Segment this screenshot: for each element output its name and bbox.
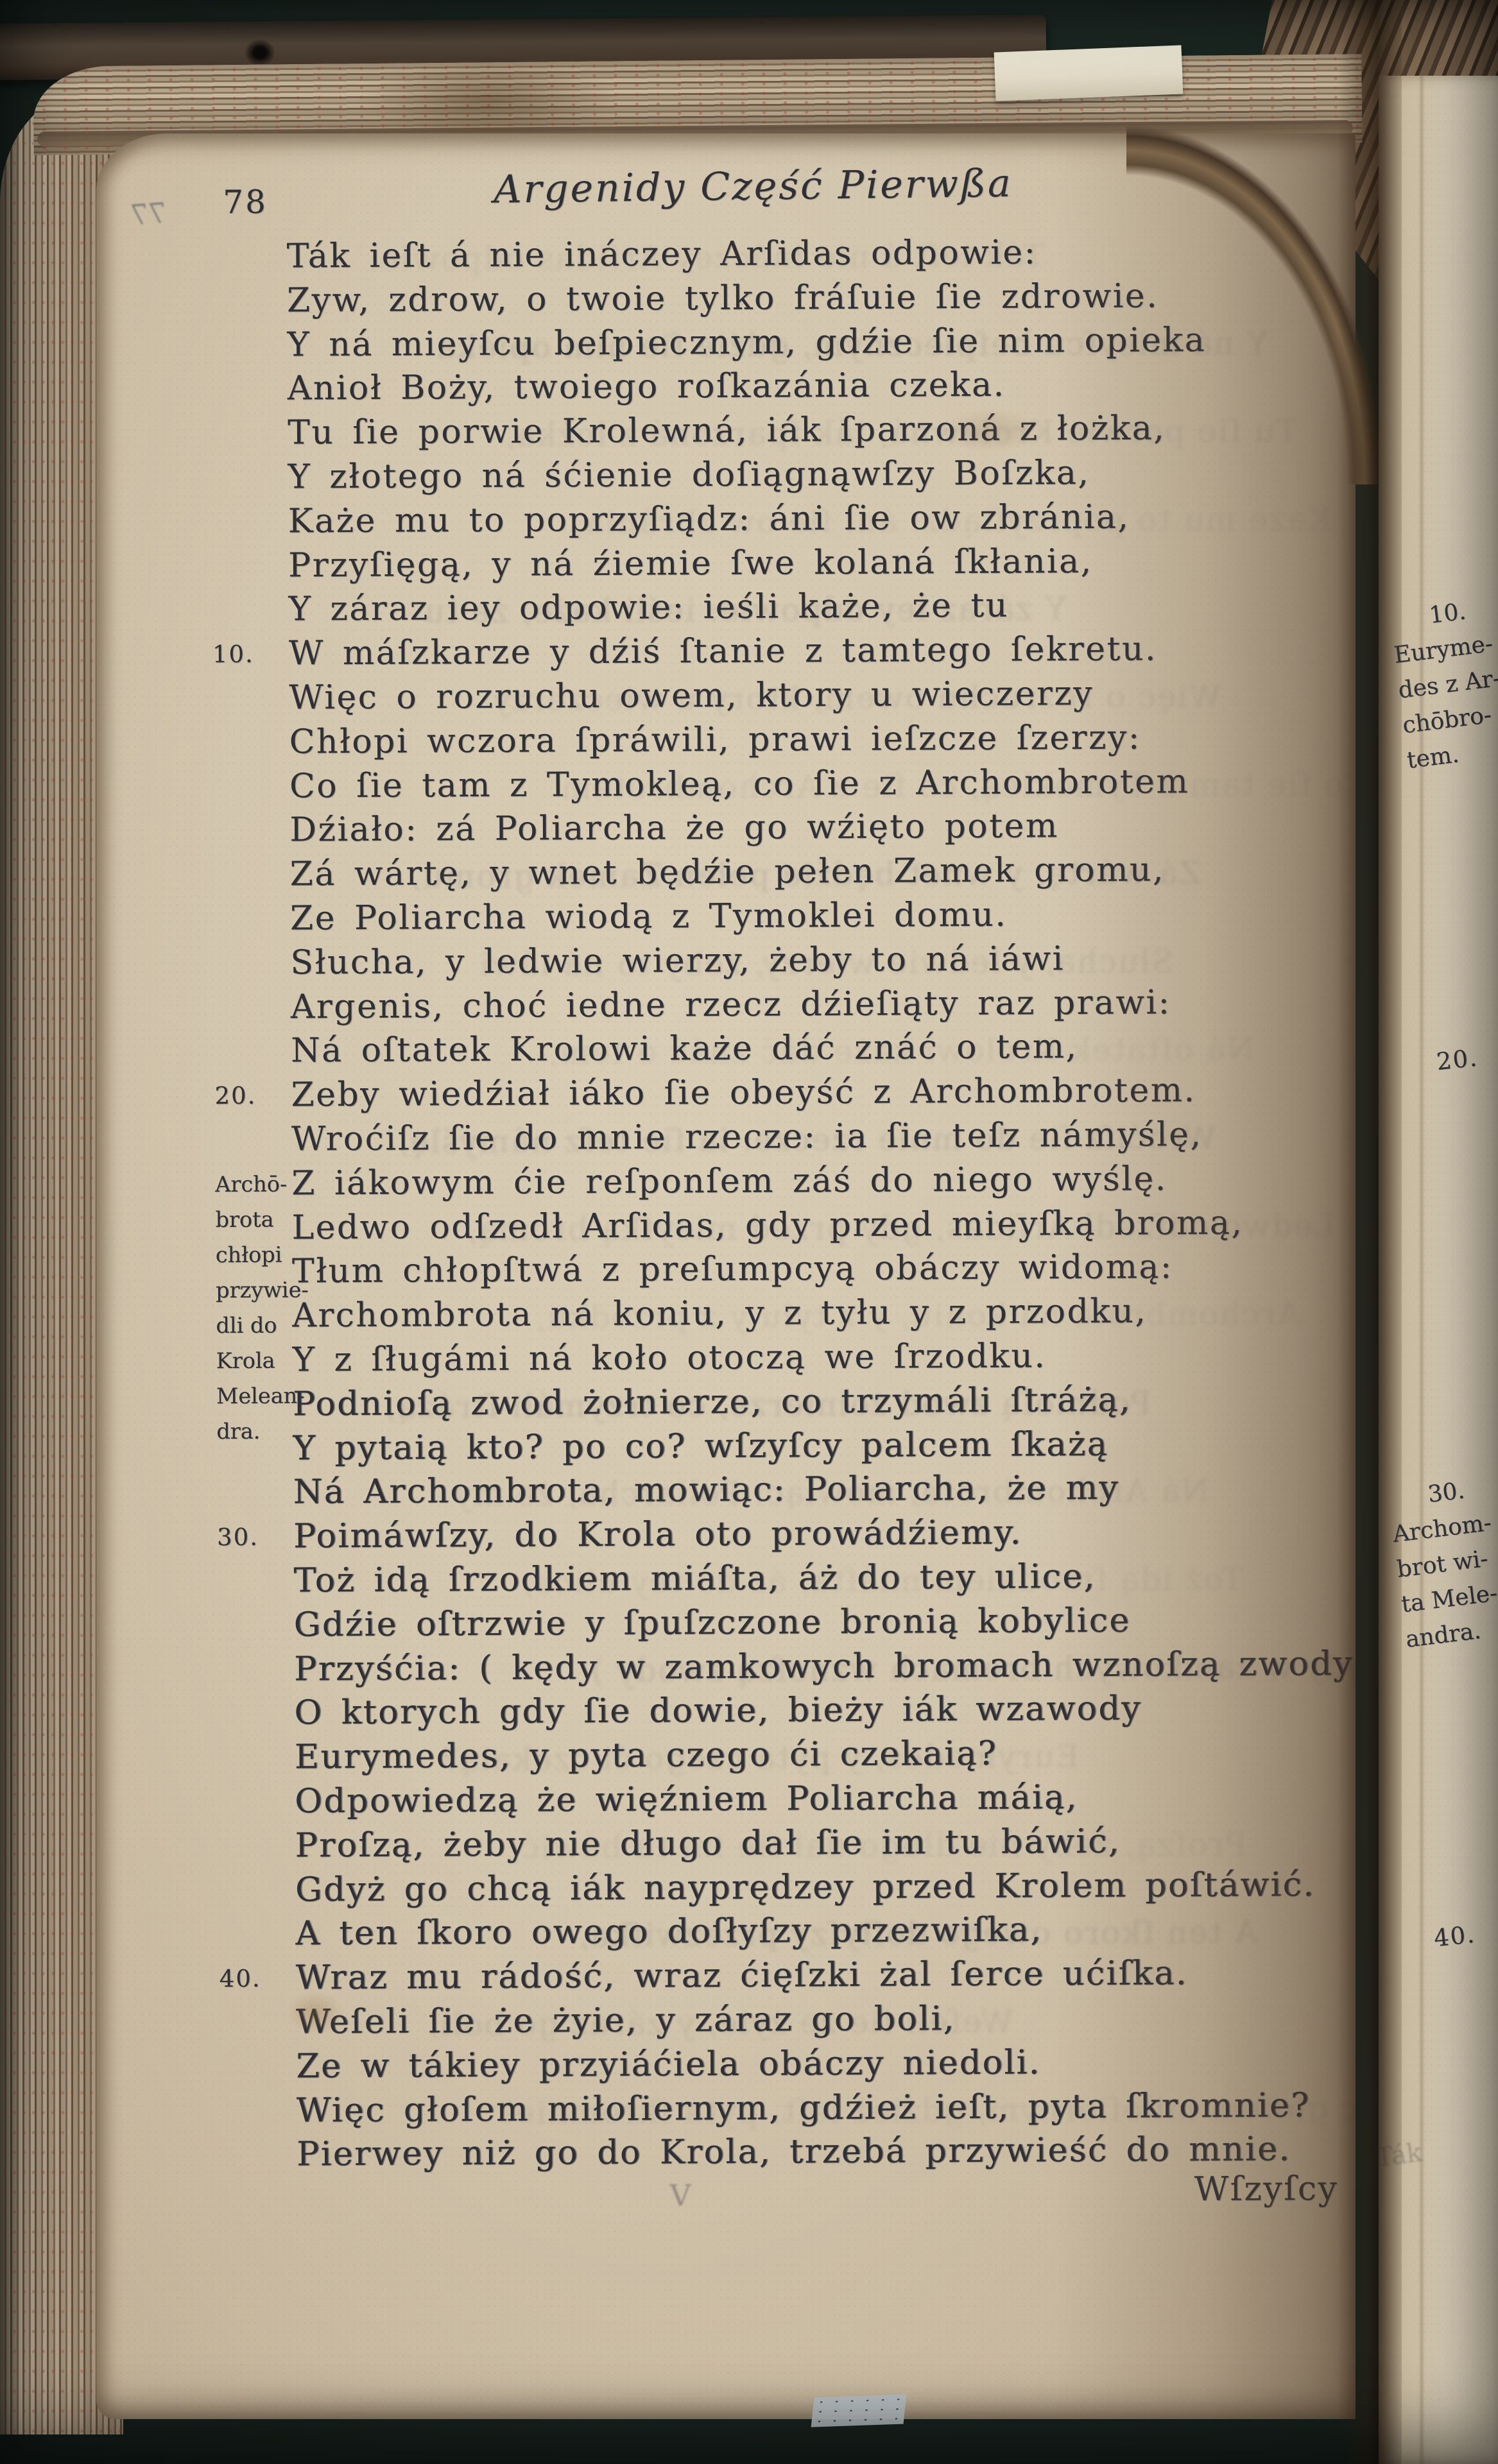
margin-note-line: Archō- xyxy=(215,1166,298,1202)
paper-slip-bookmark xyxy=(994,45,1184,101)
verse-number: 10. xyxy=(212,642,254,666)
margin-note-line: Krola xyxy=(216,1342,300,1378)
small-label xyxy=(811,2394,907,2427)
paper-stain xyxy=(286,1990,344,2035)
margin-note-line: dra. xyxy=(216,1413,300,1449)
verse-number: 30. xyxy=(217,1525,259,1549)
left-page-surface: 77 78 Argenidy Część Pierwßa Ták ieſt á … xyxy=(90,130,1362,2422)
margin-note-line: dli do xyxy=(216,1307,299,1343)
verse-number-20: 20. xyxy=(1435,1044,1479,1076)
cover-wear-notch xyxy=(245,40,275,65)
left-page: 77 78 Argenidy Część Pierwßa Ták ieſt á … xyxy=(96,133,1356,2419)
right-margin-note-10: 10. Euryme-des z Ar-chōbro-tem. xyxy=(1388,590,1498,778)
gutter-shadow xyxy=(1338,0,1402,2464)
right-margin-note-30: 30. Archom-brot wi-ta Mele-andra. xyxy=(1386,1470,1498,1657)
margin-note-line: chłopi xyxy=(216,1236,299,1272)
margin-note-line: przywie- xyxy=(216,1272,299,1308)
top-edge-stain xyxy=(359,62,616,139)
margin-note-line: Melean- xyxy=(216,1378,300,1414)
verse-number: 40. xyxy=(220,1967,261,1990)
margin-note-line: brota xyxy=(215,1201,298,1237)
right-page-crease xyxy=(1418,76,1425,2464)
verse-number-40: 40. xyxy=(1433,1921,1477,1953)
verse-number: 20. xyxy=(214,1084,256,1108)
catchword: Wſzyſcy xyxy=(1004,2169,1338,2210)
book-photo-scene: 77 78 Argenidy Część Pierwßa Ták ieſt á … xyxy=(0,0,1498,2464)
signature-mark-ghost: V xyxy=(669,2178,691,2212)
left-margin-note: Archō-brotachłopiprzywie-dli doKrolaMele… xyxy=(215,1166,300,1449)
